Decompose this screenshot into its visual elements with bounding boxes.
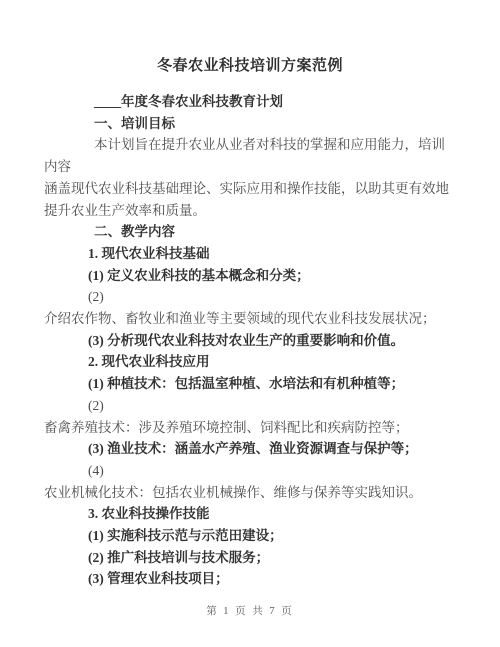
list-item-marker: (4) (44, 460, 458, 482)
list-item: (3) 分析现代农业科技对农业生产的重要影响和价值。 (44, 330, 458, 352)
paragraph-line: 本计划旨在提升农业从业者对科技的掌握和应用能力，培训内容 (44, 134, 458, 177)
page-number-footer: 第 1 页 共 7 页 (0, 603, 500, 618)
list-item: (1) 定义农业科技的基本概念和分类； (44, 265, 458, 287)
list-item-continuation: 农业机械化技术：包括农业机械操作、维修与保养等实践知识。 (44, 482, 458, 504)
list-item-continuation: 畜禽养殖技术：涉及养殖环境控制、饲料配比和疾病防控等； (44, 417, 458, 439)
paragraph-line: 涵盖现代农业科技基础理论、实际应用和操作技能，以助其更有效地 (44, 178, 458, 200)
document-page: 冬春农业科技培训方案范例 ____年度冬春农业科技教育计划 一、培训目标 本计划… (0, 0, 500, 647)
doc-body: ____年度冬春农业科技教育计划 一、培训目标 本计划旨在提升农业从业者对科技的… (0, 77, 500, 590)
section-heading-2: 二、教学内容 (44, 221, 458, 243)
doc-title: 冬春农业科技培训方案范例 (0, 0, 500, 77)
list-item: (3) 渔业技术：涵盖水产养殖、渔业资源调查与保护等； (44, 438, 458, 460)
doc-subtitle: ____年度冬春农业科技教育计划 (44, 91, 458, 113)
list-item: (1) 实施科技示范与示范田建设； (44, 525, 458, 547)
list-item: (2) 推广科技培训与技术服务； (44, 547, 458, 569)
list-item: (1) 种植技术：包括温室种植、水培法和有机种植等； (44, 373, 458, 395)
list-item-continuation: 介绍农作物、畜牧业和渔业等主要领域的现代农业科技发展状况； (44, 308, 458, 330)
list-item-marker: (2) (44, 395, 458, 417)
list-item-heading: 3. 农业科技操作技能 (44, 503, 458, 525)
section-heading-1: 一、培训目标 (44, 113, 458, 135)
list-item-marker: (2) (44, 286, 458, 308)
list-item: (3) 管理农业科技项目； (44, 568, 458, 590)
paragraph-line: 提升农业生产效率和质量。 (44, 200, 458, 222)
list-item-heading: 1. 现代农业科技基础 (44, 243, 458, 265)
list-item-heading: 2. 现代农业科技应用 (44, 351, 458, 373)
